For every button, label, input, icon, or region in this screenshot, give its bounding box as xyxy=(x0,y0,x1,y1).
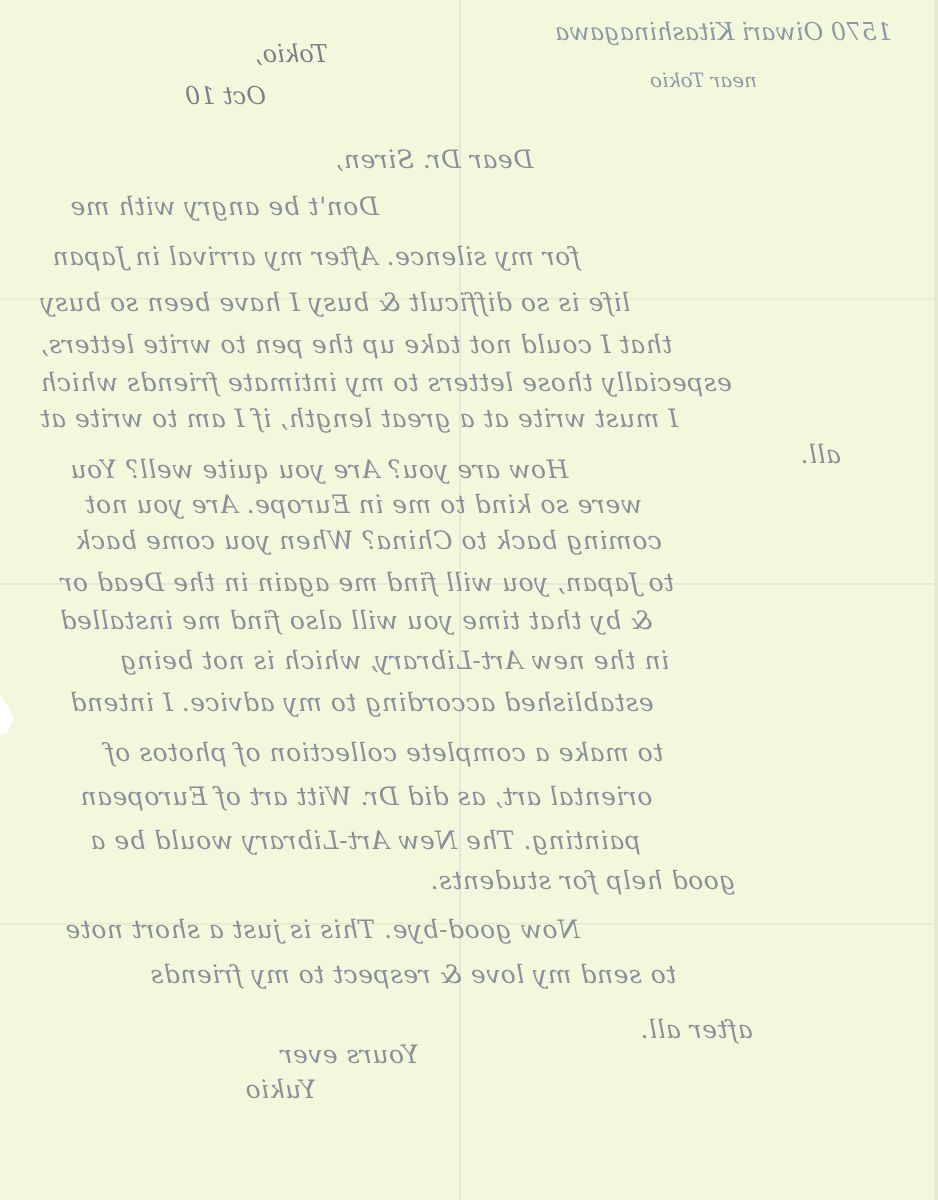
body-line: to make a complete collection of photos … xyxy=(105,738,663,767)
closing-line: to send my love & respect to my friends xyxy=(150,960,676,989)
body-line: & by that time you will also find me ins… xyxy=(60,606,653,635)
salutation: Dear Dr. Siren, xyxy=(335,145,533,174)
date: Oct 10 xyxy=(185,82,266,110)
body-line: coming back to China? When you come back xyxy=(75,526,662,555)
body-line: established according to my advice. I in… xyxy=(70,688,654,717)
body-line: were so kind to me in Europe. Are you no… xyxy=(85,490,642,519)
body-line: good help for students. xyxy=(430,866,735,895)
body-line: Don't be angry with me xyxy=(70,192,379,221)
torn-edge xyxy=(0,695,14,735)
body-line: for my silence. After my arrival in Japa… xyxy=(52,242,580,271)
body-line: all. xyxy=(800,440,841,469)
body-line: oriental art, as did Dr. Witt art of Eur… xyxy=(80,782,652,811)
body-line: that I could not take up the pen to writ… xyxy=(40,330,672,359)
signature: Yukio xyxy=(245,1075,316,1104)
paper-edge xyxy=(934,0,938,1200)
address-line-2: near Tokio xyxy=(650,68,757,92)
body-line: in the new Art-Library, which is not bei… xyxy=(120,646,669,675)
address-line-1: 1570 Oiwari Kitashinagawa xyxy=(555,18,892,46)
closing-line: Now good-bye. This is just a short note xyxy=(65,915,580,944)
body-line: to Japan, you will find me again in the … xyxy=(60,568,674,597)
body-line: painting. The New Art-Library would be a xyxy=(90,826,641,855)
body-line: especially those letters to my intimate … xyxy=(40,368,732,397)
body-line: How are you? Are you quite well? You xyxy=(70,455,568,484)
body-line: I must write at a great length, if I am … xyxy=(40,404,678,433)
body-line: life is so difficult & busy I have been … xyxy=(40,288,630,317)
letter-sheet: 1570 Oiwari Kitashinagawa near Tokio Tok… xyxy=(0,0,938,1200)
signoff: Yours ever xyxy=(280,1040,419,1069)
place: Tokio, xyxy=(255,40,328,68)
closing-line: after all. xyxy=(640,1015,753,1044)
